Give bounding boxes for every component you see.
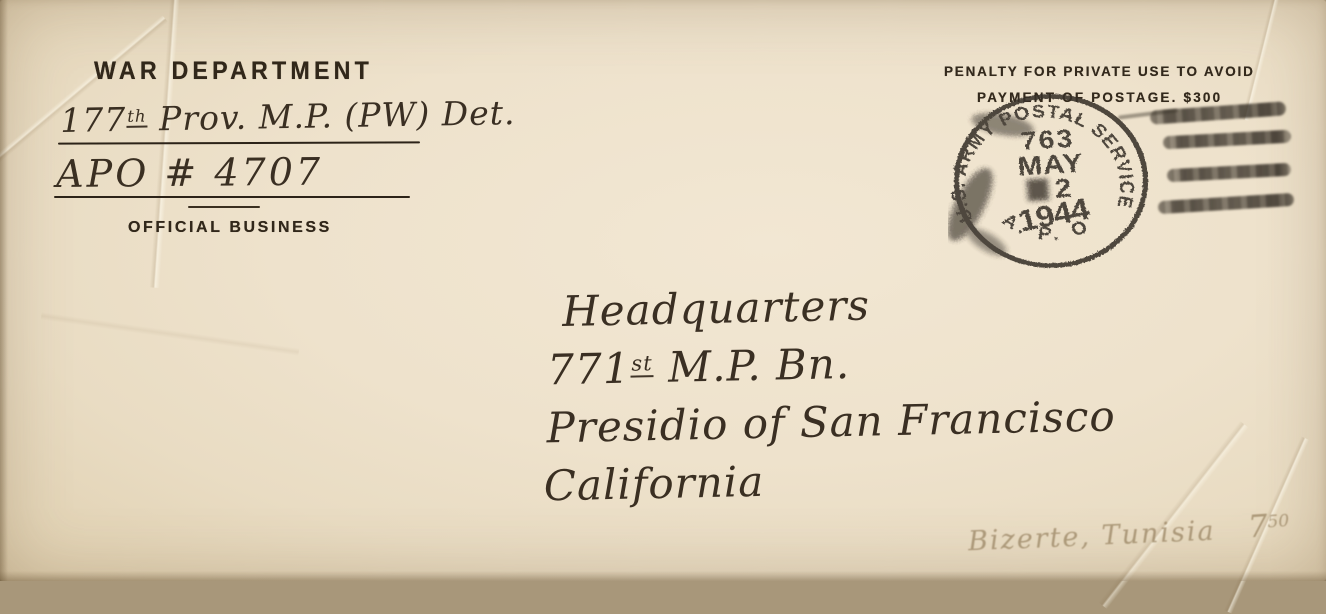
envelope-front: WAR DEPARTMENT 177th Prov. M.P. (PW) Det… [0,0,1326,581]
unit-rest: M.P. Bn. [653,339,850,392]
pencil-price-note: 750 [1247,507,1291,546]
price-main: 7 [1247,508,1269,545]
recipient-line-unit: 771st M.P. Bn. [547,339,851,394]
recipient-line-state: California [543,457,764,511]
unit-number: 771 [547,344,631,395]
cancellation-bar [1167,163,1292,182]
unit-ordinal: th [126,106,148,127]
return-address-apo-line: APO # 4707 [56,150,323,196]
unit-ordinal: st [630,352,654,378]
war-department-heading: WAR DEPARTMENT [94,57,373,86]
penalty-notice-line-1: PENALTY FOR PRIVATE USE TO AVOID [944,64,1255,79]
return-address-rule-1 [58,141,420,144]
return-address-unit-line: 177th Prov. M.P. (PW) Det. [60,93,516,140]
postmark-month: MAY [1017,148,1085,181]
unit-rest: Prov. M.P. (PW) Det. [147,93,516,138]
recipient-line-headquarters: Headquarters [562,281,871,336]
return-address-rule-short [188,206,260,208]
return-address-rule-2 [54,196,410,198]
unit-number: 177 [60,100,127,140]
postmark-ink-blot [1026,178,1049,201]
paper-edge-shadow [0,0,8,581]
paper-crease [0,15,168,170]
recipient-address-block: Headquarters 771st M.P. Bn. Presidio of … [540,273,1065,524]
pencil-location-note: Bizerte, Tunisia [967,516,1216,558]
cancellation-bar [1163,130,1292,150]
paper-crease [41,312,300,356]
recipient-line-presidio: Presidio of San Francisco [546,391,1116,452]
official-business-label: OFFICIAL BUSINESS [128,219,332,237]
paper-crease [1098,421,1248,581]
cancellation-bar [1158,193,1295,214]
price-superscript: 50 [1267,511,1290,532]
paper-edge-shadow [0,571,1326,581]
